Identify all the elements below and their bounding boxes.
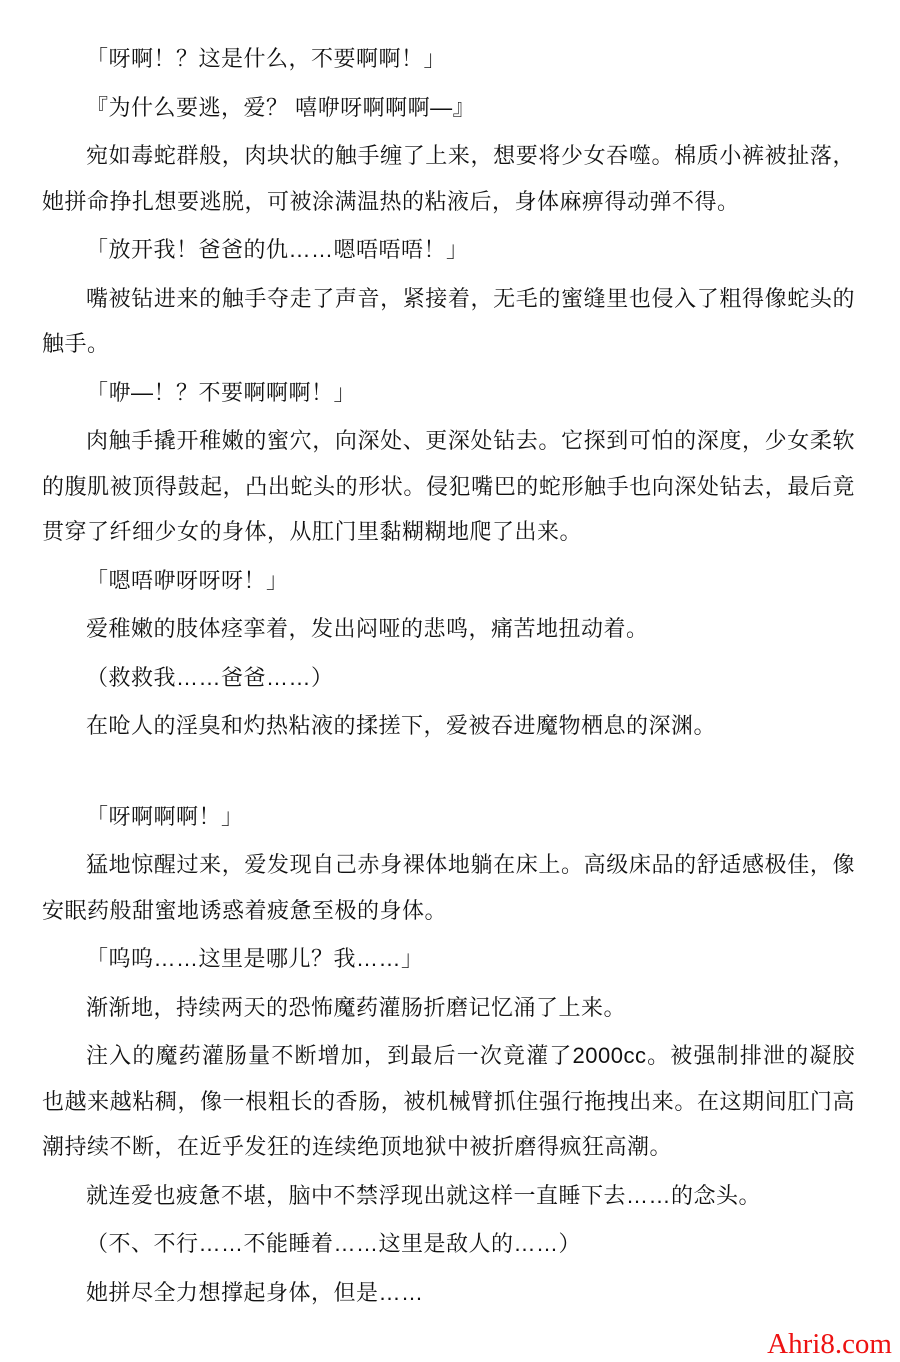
dialogue-line: 「嗯唔咿呀呀呀！」	[42, 558, 855, 604]
novel-page: 「呀啊！？这是什么，不要啊啊！」 『为什么要逃，爱？ 嘻咿呀啊啊啊—』 宛如毒蛇…	[0, 0, 900, 1362]
narration-paragraph: 在呛人的淫臭和灼热粘液的揉搓下，爱被吞进魔物栖息的深渊。	[42, 703, 855, 749]
narration-paragraph: 渐渐地，持续两天的恐怖魔药灌肠折磨记忆涌了上来。	[42, 985, 855, 1031]
site-watermark: Ahri8.com	[767, 1330, 892, 1359]
dialogue-line: 『为什么要逃，爱？ 嘻咿呀啊啊啊—』	[42, 85, 855, 131]
dialogue-line: 「放开我！爸爸的仇……嗯唔唔唔！」	[42, 227, 855, 273]
dialogue-line: 「呀啊！？这是什么，不要啊啊！」	[42, 36, 855, 82]
narration-paragraph: 肉触手撬开稚嫩的蜜穴，向深处、更深处钻去。它探到可怕的深度，少女柔软的腹肌被顶得…	[42, 418, 855, 555]
narration-paragraph: 宛如毒蛇群般，肉块状的触手缠了上来，想要将少女吞噬。棉质小裤被扯落，她拼命挣扎想…	[42, 133, 855, 224]
narration-paragraph: 爱稚嫩的肢体痉挛着，发出闷哑的悲鸣，痛苦地扭动着。	[42, 606, 855, 652]
monologue-line: （救救我……爸爸……）	[42, 655, 855, 701]
dialogue-line: 「呜呜……这里是哪儿？我……」	[42, 936, 855, 982]
dialogue-line: 「呀啊啊啊！」	[42, 794, 855, 840]
scene-break	[42, 752, 855, 794]
story-body: 「呀啊！？这是什么，不要啊啊！」 『为什么要逃，爱？ 嘻咿呀啊啊啊—』 宛如毒蛇…	[0, 0, 900, 1362]
monologue-line: （不、不行……不能睡着……这里是敌人的……）	[42, 1221, 855, 1267]
narration-paragraph: 注入的魔药灌肠量不断增加，到最后一次竟灌了2000cc。被强制排泄的凝胶也越来越…	[42, 1033, 855, 1170]
narration-paragraph: 嘴被钻进来的触手夺走了声音，紧接着，无毛的蜜缝里也侵入了粗得像蛇头的触手。	[42, 276, 855, 367]
narration-paragraph: 就连爱也疲惫不堪，脑中不禁浮现出就这样一直睡下去……的念头。	[42, 1173, 855, 1219]
narration-paragraph: 猛地惊醒过来，爱发现自己赤身裸体地躺在床上。高级床品的舒适感极佳，像安眠药般甜蜜…	[42, 842, 855, 933]
narration-paragraph: 她拼尽全力想撑起身体，但是……	[42, 1270, 855, 1316]
dialogue-line: 「咿—！？不要啊啊啊！」	[42, 370, 855, 416]
